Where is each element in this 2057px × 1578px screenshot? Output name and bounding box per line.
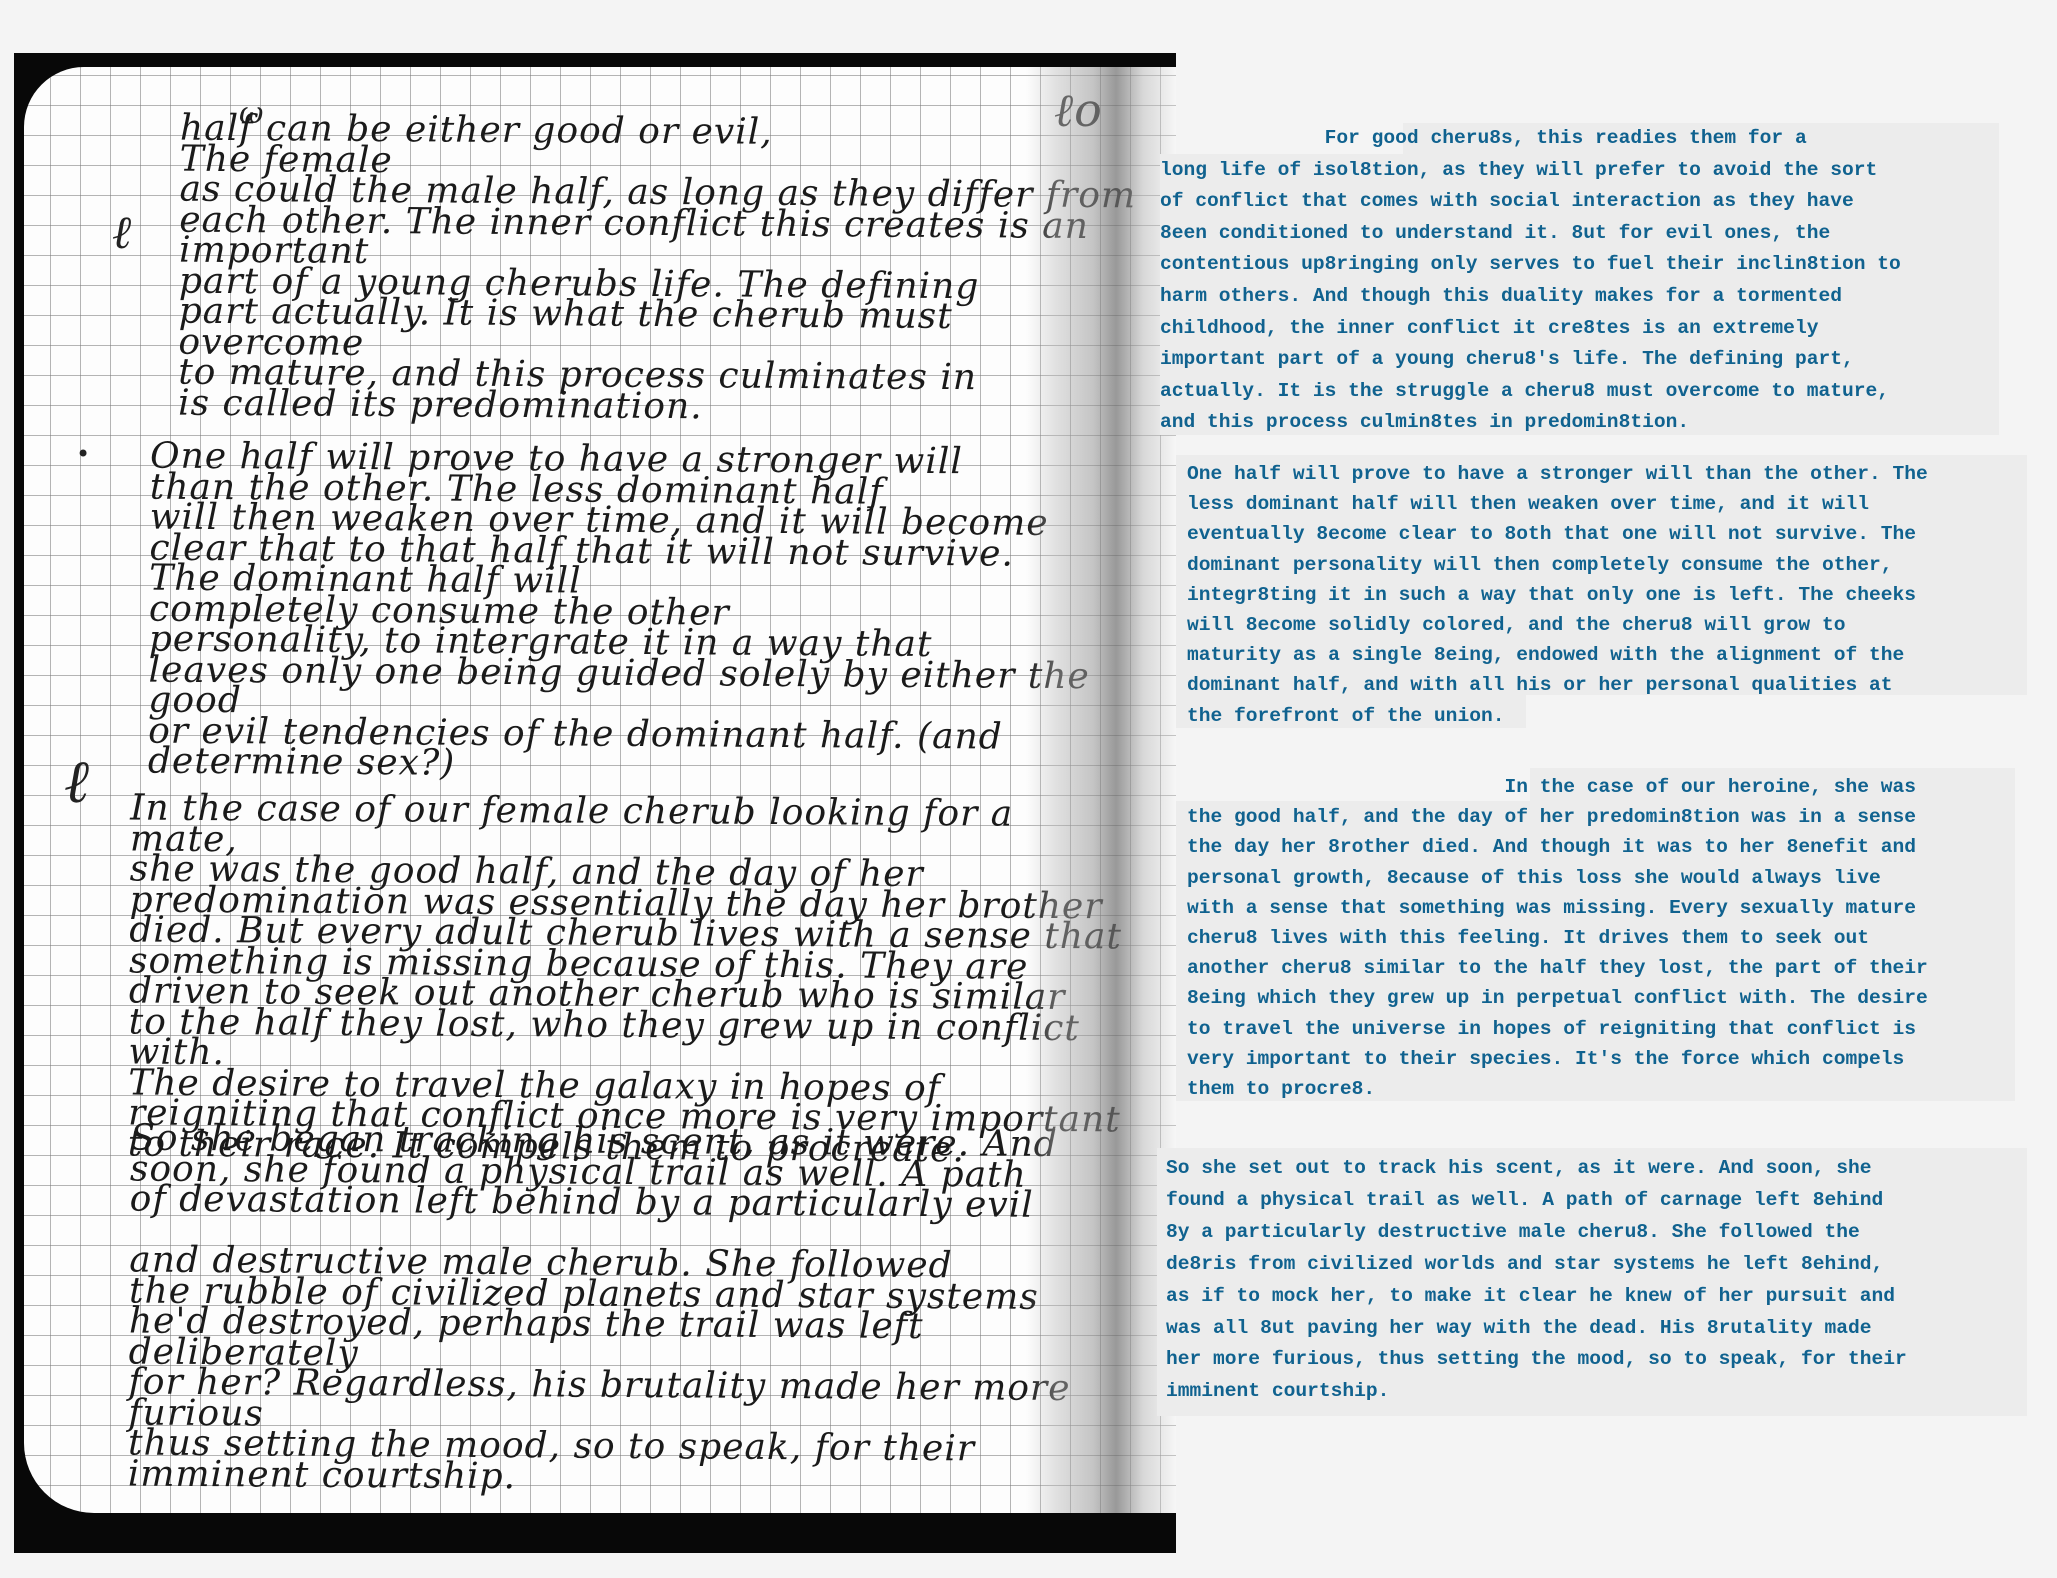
transcription-line: the forefront of the union. <box>1187 701 1928 731</box>
transcription-line: childhood, the inner conflict it cre8tes… <box>1160 313 1901 345</box>
handwritten-paragraph-1: half can be either good or evil, The fem… <box>178 114 1140 426</box>
transcription-line: found a physical trail as well. A path o… <box>1166 1185 1907 1217</box>
transcription-block-4: So she set out to track his scent, as it… <box>1166 1153 1907 1408</box>
handwritten-paragraph-3: In the case of our female cherub looking… <box>128 794 1131 1167</box>
transcription-block-1: For good cheru8s, this readies them for … <box>1160 123 1901 439</box>
transcription-line: 8y a particularly destructive male cheru… <box>1166 1217 1907 1249</box>
handwritten-paragraph-2: One half will prove to have a stronger w… <box>148 442 1130 784</box>
binding-gutter-shadow <box>1026 67 1176 1513</box>
transcription-line: One half will prove to have a stronger w… <box>1187 459 1928 489</box>
transcription-line: contentious up8ringing only serves to fu… <box>1160 249 1901 281</box>
transcription-line: eventually 8ecome clear to 8oth that one… <box>1187 519 1928 549</box>
margin-mark-icon: • <box>76 439 91 470</box>
transcription-line: So she set out to track his scent, as it… <box>1166 1153 1907 1185</box>
transcription-line: 8een conditioned to understand it. 8ut f… <box>1160 218 1901 250</box>
transcription-line: and this process culmin8tes in predomin8… <box>1160 407 1901 439</box>
notebook-scan: ω ℓ ℓo • ℓ half can be either good or ev… <box>14 53 1176 1553</box>
transcription-line: In the case of our heroine, she was <box>1187 772 1928 802</box>
transcription-line: imminent courtship. <box>1166 1376 1907 1408</box>
transcription-line: with a sense that something was missing.… <box>1187 893 1928 923</box>
transcription-line: dominant personality will then completel… <box>1187 550 1928 580</box>
transcription-line: long life of isol8tion, as they will pre… <box>1160 155 1901 187</box>
transcription-line: will 8ecome solidly colored, and the che… <box>1187 610 1928 640</box>
transcription-line: cheru8 lives with this feeling. It drive… <box>1187 923 1928 953</box>
transcription-line: actually. It is the struggle a cheru8 mu… <box>1160 376 1901 408</box>
transcription-line: her more furious, thus setting the mood,… <box>1166 1344 1907 1376</box>
transcription-line: integr8ting it in such a way that only o… <box>1187 580 1928 610</box>
transcription-line: maturity as a single 8eing, endowed with… <box>1187 640 1928 670</box>
transcription-line: to travel the universe in hopes of reign… <box>1187 1014 1928 1044</box>
transcription-line: important part of a young cheru8's life.… <box>1160 344 1901 376</box>
transcription-line: dominant half, and with all his or her p… <box>1187 670 1928 700</box>
transcription-line: de8ris from civilized worlds and star sy… <box>1166 1249 1907 1281</box>
handwriting-layer: ω ℓ ℓo • ℓ half can be either good or ev… <box>24 67 1176 1513</box>
transcription-line: another cheru8 similar to the half they … <box>1187 953 1928 983</box>
margin-mark-icon: ℓ <box>112 217 132 248</box>
transcription-block-3: In the case of our heroine, she was the … <box>1187 772 1928 1104</box>
transcription-block-2: One half will prove to have a stronger w… <box>1187 459 1928 731</box>
margin-mark-icon: ℓ <box>64 767 90 798</box>
grid-paper: ω ℓ ℓo • ℓ half can be either good or ev… <box>24 67 1176 1513</box>
transcription-line: less dominant half will then weaken over… <box>1187 489 1928 519</box>
transcription-line: 8eing which they grew up in perpetual co… <box>1187 983 1928 1013</box>
transcription-line: the good half, and the day of her predom… <box>1187 802 1928 832</box>
transcription-line: of conflict that comes with social inter… <box>1160 186 1901 218</box>
handwritten-paragraph-4: So she began tracking his scent, as it w… <box>128 1124 1131 1497</box>
transcription-line: as if to mock her, to make it clear he k… <box>1166 1281 1907 1313</box>
transcription-line: them to procre8. <box>1187 1074 1928 1104</box>
transcription-line: very important to their species. It's th… <box>1187 1044 1928 1074</box>
transcription-line: personal growth, 8ecause of this loss sh… <box>1187 863 1928 893</box>
transcription-line: For good cheru8s, this readies them for … <box>1160 123 1901 155</box>
transcription-line: harm others. And though this duality mak… <box>1160 281 1901 313</box>
transcription-line: the day her 8rother died. And though it … <box>1187 832 1928 862</box>
transcription-line: was all 8ut paving her way with the dead… <box>1166 1313 1907 1345</box>
